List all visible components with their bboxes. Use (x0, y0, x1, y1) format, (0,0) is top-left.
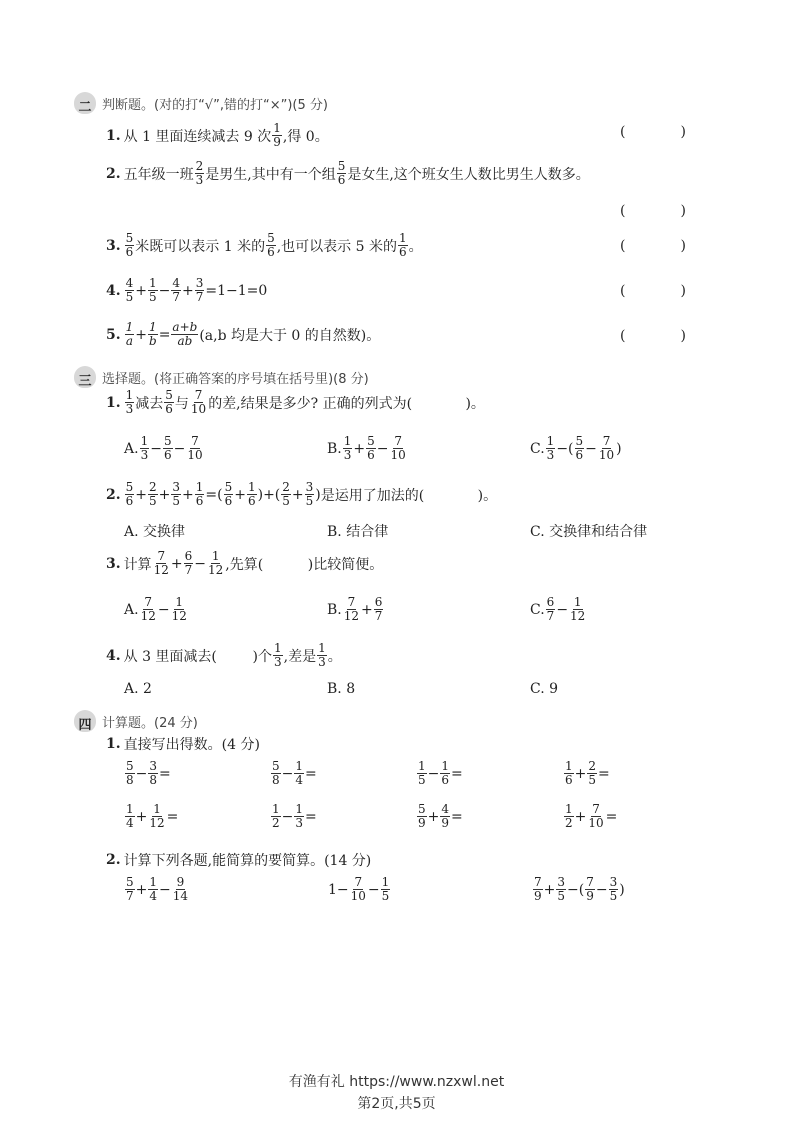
oral-calc-item: 59+49= (416, 803, 463, 830)
choice-q3: 3.计算 712+ 67− 112 ,先算( )比较简便。 (106, 550, 383, 577)
judge-item-5: 5. 1a + 1b = a+bab (a,b 均是大于 0 的自然数)。 (106, 321, 380, 348)
calc-part-1-title: 1.直接写出得数。(4 分) (106, 734, 260, 754)
section-2-header: 二 判断题。(对的打“√”,错的打“×”)(5 分) (74, 92, 328, 114)
section-title: 判断题。(对的打“√”,错的打“×”)(5 分) (102, 94, 328, 113)
oral-calc-item: 14+112= (124, 803, 178, 830)
answer-paren-4[interactable]: () (620, 283, 686, 299)
oral-calc-item: 58−14= (270, 760, 317, 787)
choice-q2-option-b[interactable]: B. 结合律 (327, 521, 388, 541)
calc-expression-3: 79 + 35 −( 79 − 35 ) (532, 876, 625, 903)
section-3-header: 三 选择题。(将正确答案的序号填在括号里)(8 分) (74, 366, 369, 388)
choice-q3-option-a[interactable]: A. 712 − 112 (124, 596, 189, 623)
choice-q1-option-b[interactable]: B. 13 + 56 − 710 (327, 435, 408, 462)
oral-calc-item: 58−38= (124, 760, 171, 787)
calc-expression-2: 1− 710 − 15 (328, 876, 391, 903)
choice-q4-option-a[interactable]: A. 2 (124, 681, 152, 697)
oral-calc-item: 12−13= (270, 803, 317, 830)
oral-calc-item: 12+710= (563, 803, 617, 830)
answer-paren-5[interactable]: () (620, 328, 686, 344)
oral-calc-item: 16+25= (563, 760, 610, 787)
choice-q4-option-b[interactable]: B. 8 (327, 681, 355, 697)
choice-q3-option-c[interactable]: C. 67 − 112 (530, 596, 587, 623)
answer-paren-2[interactable]: () (620, 203, 686, 219)
choice-q2-option-c[interactable]: C. 交换律和结合律 (530, 521, 647, 541)
calc-expression-1: 57 + 14 − 914 (124, 876, 190, 903)
section-title: 选择题。(将正确答案的序号填在括号里)(8 分) (102, 368, 369, 387)
choice-q1-option-a[interactable]: A. 13 − 56 − 710 (124, 435, 205, 462)
answer-paren-3[interactable]: () (620, 238, 686, 254)
choice-q2-option-a[interactable]: A. 交换律 (124, 521, 185, 541)
answer-paren-1[interactable]: () (620, 124, 686, 140)
choice-q4: 4.从 3 里面减去( )个 13 ,差是 13 。 (106, 642, 342, 669)
choice-q1: 1. 13 减去 56 与 710 的差,结果是多少? 正确的列式为( )。 (106, 389, 485, 416)
judge-item-2: 2.五年级一班 23 是男生,其中有一个组 56 是女生,这个班女生人数比男生人… (106, 160, 590, 187)
section-badge-icon: 三 (74, 366, 96, 388)
choice-q2: 2. 56+ 25+ 35+ 16=( 56+ 16)+( 25+ 35) 是运… (106, 481, 497, 508)
judge-item-4: 4. 45 + 15 − 47 + 37 =1−1=0 (106, 277, 267, 304)
section-4-header: 四 计算题。(24 分) (74, 710, 198, 732)
footer-source: 有渔有礼 https://www.nzxwl.net (0, 1071, 793, 1091)
section-title: 计算题。(24 分) (102, 712, 198, 731)
calc-part-2-title: 2.计算下列各题,能简算的要简算。(14 分) (106, 850, 371, 870)
section-badge-icon: 四 (74, 710, 96, 732)
choice-q3-option-b[interactable]: B. 712 + 67 (327, 596, 384, 623)
judge-item-1: 1.从 1 里面连续减去 9 次 19 ,得 0。 (106, 122, 329, 149)
oral-calc-item: 15−16= (416, 760, 463, 787)
section-badge-icon: 二 (74, 92, 96, 114)
choice-q1-option-c[interactable]: C. 13 −( 56 − 710 ) (530, 435, 622, 462)
choice-q4-option-c[interactable]: C. 9 (530, 681, 558, 697)
judge-item-3: 3. 56 米既可以表示 1 米的 56 ,也可以表示 5 米的 16 。 (106, 232, 423, 259)
footer-page-number: 第2页,共5页 (0, 1093, 793, 1113)
